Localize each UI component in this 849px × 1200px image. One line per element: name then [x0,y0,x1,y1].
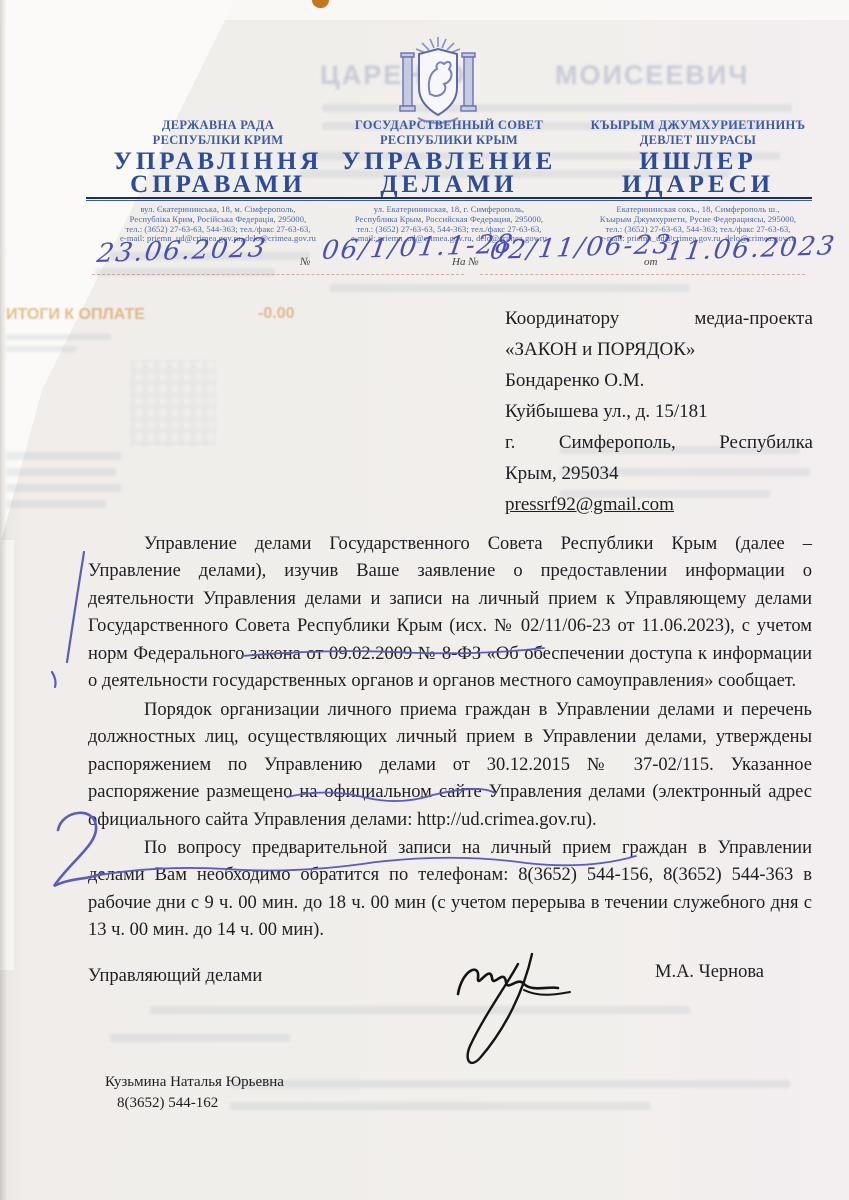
bleed-through-lines [6,452,121,460]
bleed-through-total-value: -0.00 [258,305,294,323]
recipient-project: медиа-проекта [694,303,813,334]
body-paragraph-2: Порядок организации личного приема гражд… [88,697,812,834]
outgoing-date-handwritten: 23.06.2023 [95,233,269,269]
signature [440,942,600,1070]
dept-title-russian: УПРАВЛЕНИЕ ДЕЛАМИ [318,150,580,196]
org-name-ukrainian: ДЕРЖАВНА РАДА РЕСПУБЛІКИ КРИМ [88,118,348,148]
recipient-region-zip: Крым, 295034 [505,458,813,489]
org-name-crimean-tatar: КЪЫРЫМ ДЖУМХУРИЕТИНИНЪ ДЕВЛЕТ ШУРАСЫ [578,118,818,148]
bleed-through-lines [6,468,116,476]
bleed-through-lines [150,1006,690,1014]
reference-underline [480,274,805,275]
bleed-through-lines [230,1102,650,1110]
bleed-through-lines [6,334,111,340]
body-paragraph-1: Управление делами Государственного Совет… [88,531,812,695]
signoff-name: М.А. Чернова [655,962,764,983]
reply-to-label: На № [452,256,479,268]
recipient-city-part: Симферополь, [559,427,676,458]
recipient-line: Координатору медиа-проекта [505,303,813,334]
number-label: № [300,256,310,268]
scan-edge-shadow [0,0,7,1200]
recipient-city-part: Респубилка [719,427,813,458]
folded-corner [0,0,260,560]
dept-title-ukrainian: УПРАВЛІННЯ СПРАВАМИ [88,150,348,196]
executor-name: Кузьмина Наталья Юрьевна [105,1072,284,1093]
pen-margin-tick [52,672,56,687]
signoff-position: Управляющий делами [88,966,262,987]
pen-margin-stroke [67,552,84,662]
bleed-through-lines [110,1034,290,1042]
outgoing-number-handwritten: 06/1/01.1-28 [320,229,516,266]
bleed-through-lines [230,1080,790,1088]
recipient-role: Координатору [505,303,619,334]
scanned-letter-page: ЦАРЕНКО МОИСЕЕВИЧ ИТОГИ К ОПЛАТЕ -0.00 [0,0,849,1200]
bleed-through-qr-code [130,360,216,446]
dept-title-crimean-tatar: ИШЛЕР ИДАРЕСИ [578,150,818,196]
from-date-label: от [644,256,657,268]
recipient-project-name: «ЗАКОН и ПОРЯДОК» [505,334,813,365]
letterhead-divider-rule [86,197,812,202]
bleed-through-lines [322,104,792,112]
bleed-through-lines [6,484,121,492]
executor-block: Кузьмина Наталья Юрьевна 8(3652) 544-162 [105,1072,284,1114]
recipient-city-line: г. Симферополь, Респубилка [505,427,813,458]
org-name-russian: ГОСУДАРСТВЕННЫЙ СОВЕТ РЕСПУБЛИКИ КРЫМ [318,118,580,148]
body-paragraph-3: По вопросу предварительной записи на лич… [88,835,812,945]
bleed-through-total-label: ИТОГИ К ОПЛАТЕ [6,306,145,324]
bleed-through-lines [6,346,76,352]
bleed-through-lines [330,284,690,292]
recipient-block: Координатору медиа-проекта «ЗАКОН и ПОРЯ… [505,303,813,520]
reference-underline [92,274,464,275]
bleed-through-lines [6,500,106,508]
recipient-email: pressrf92@gmail.com [505,489,813,520]
bleed-through-name-right: МОИСЕЕВИЧ [555,60,749,91]
executor-phone: 8(3652) 544-162 [105,1093,284,1114]
recipient-person: Бондаренко О.М. [505,365,813,396]
recipient-city-part: г. [505,427,515,458]
recipient-street: Куйбышева ул., д. 15/181 [505,396,813,427]
incoming-date-handwritten: 11.06.2023 [664,231,838,267]
